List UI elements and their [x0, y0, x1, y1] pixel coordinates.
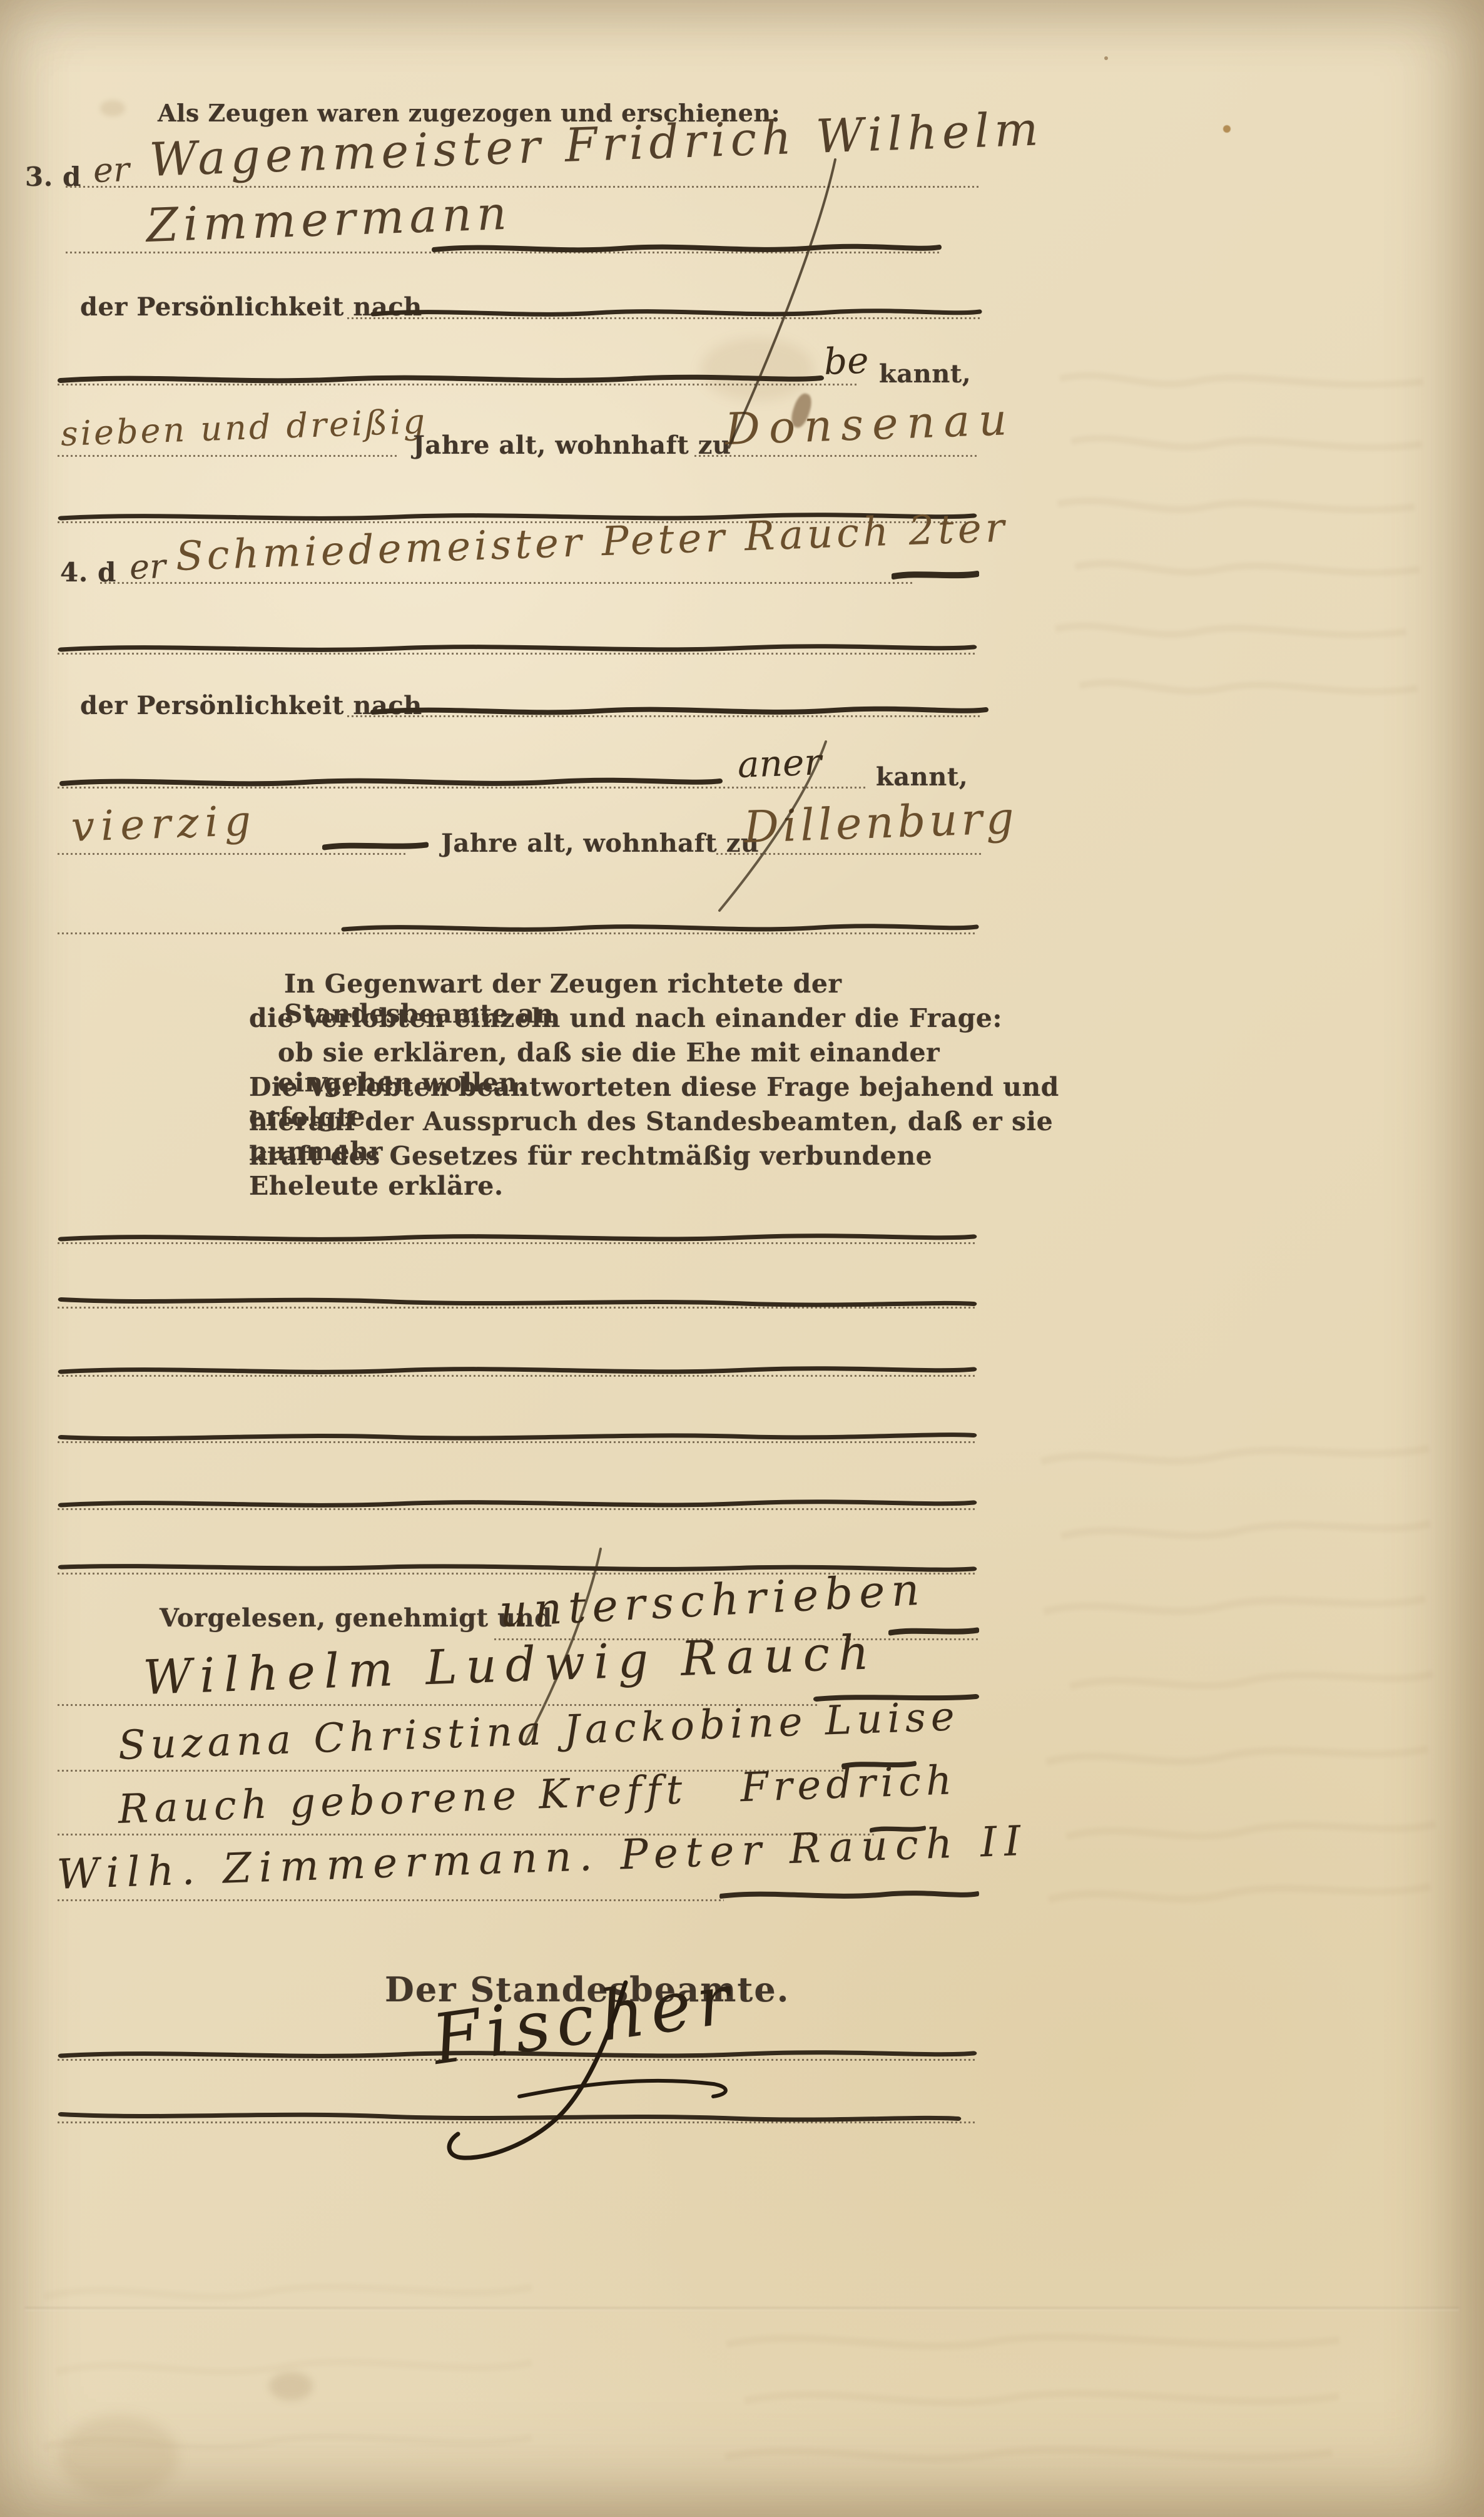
signature-witnesses: Wilh. Zimmermann. Peter Rauch II [56, 1820, 1029, 1896]
ruled-dotted-line [58, 853, 408, 855]
ink-strike [58, 1230, 977, 1245]
pen-flourish [713, 738, 832, 914]
ink-strike [58, 1496, 977, 1511]
witness3-age-handwriting: sieben und dreißig [60, 405, 428, 451]
witness3-der-handwriting: er [93, 153, 130, 188]
ink-strike [58, 1363, 977, 1378]
witness4-age-handwriting: vierzig [71, 800, 258, 848]
foxing-spot [100, 100, 125, 116]
declaration-line: Die Verlobten beantworteten diese Frage … [249, 1072, 1062, 1106]
ink-strike [58, 641, 977, 656]
registrar-signature-flourish [388, 1978, 738, 2165]
foxing-spot [1223, 125, 1231, 133]
witness3-name-line2-handwriting: Zimmermann [145, 190, 512, 249]
bleedthrough-ghost-right-upper [1048, 354, 1430, 710]
ink-strike [58, 372, 824, 387]
registry-page: Als Zeugen waren zugezogen und erschiene… [0, 0, 1484, 2517]
ink-strike [892, 568, 979, 583]
ink-strike [58, 1293, 977, 1311]
paper-stain [269, 2372, 313, 2401]
ruled-dotted-line [58, 455, 399, 457]
ink-strike [370, 703, 988, 718]
ink-strike [888, 1624, 979, 1639]
paper-crease [25, 2307, 1459, 2311]
ruled-dotted-line [100, 582, 913, 584]
ink-strike [719, 1887, 979, 1902]
bleedthrough-ghost-right-lower [1034, 1423, 1443, 1918]
ruled-dotted-line [58, 1899, 724, 1901]
witness3-kannt-label: kannt, [879, 362, 971, 387]
declaration-line: hierauf der Ausspruch des Standesbeamten… [249, 1106, 1062, 1141]
witness4-der-handwriting: er [129, 549, 166, 585]
ruled-dotted-line [694, 455, 979, 457]
signature-groom: Wilhelm Ludwig Rauch [142, 1628, 878, 1702]
foxing-spot [1104, 56, 1108, 60]
declaration-line: kraft des Gesetzes für rechtmäßig verbun… [249, 1141, 1062, 1175]
declaration-line: die Verlobten einzeln und nach einander … [249, 1003, 1062, 1038]
ink-strike [322, 839, 429, 854]
witness3-wohnhaft-label: Jahre alt, wohnhaft zu [413, 433, 731, 458]
ink-strike [58, 1427, 977, 1446]
ink-strike [341, 921, 979, 936]
witness4-wohnhaft-label: Jahre alt, wohnhaft zu [441, 831, 760, 856]
bleedthrough-ghost-bottom [719, 2307, 1346, 2500]
vorgelesen-label: Vorgelesen, genehmigt und [160, 1606, 552, 1631]
declaration-line: ob sie erklären, daß sie die Ehe mit ein… [249, 1038, 1062, 1072]
ink-strike [432, 241, 942, 256]
ink-strike [370, 305, 982, 320]
paper-stain [59, 2416, 178, 2497]
declaration-paragraph: In Gegenwart der Zeugen richtete der Sta… [249, 969, 1062, 1175]
declaration-line: In Gegenwart der Zeugen richtete der Sta… [249, 969, 1062, 1003]
pen-flourish [719, 156, 845, 451]
witness4-kannt-label: kannt, [876, 765, 968, 790]
ink-strike [59, 775, 723, 790]
